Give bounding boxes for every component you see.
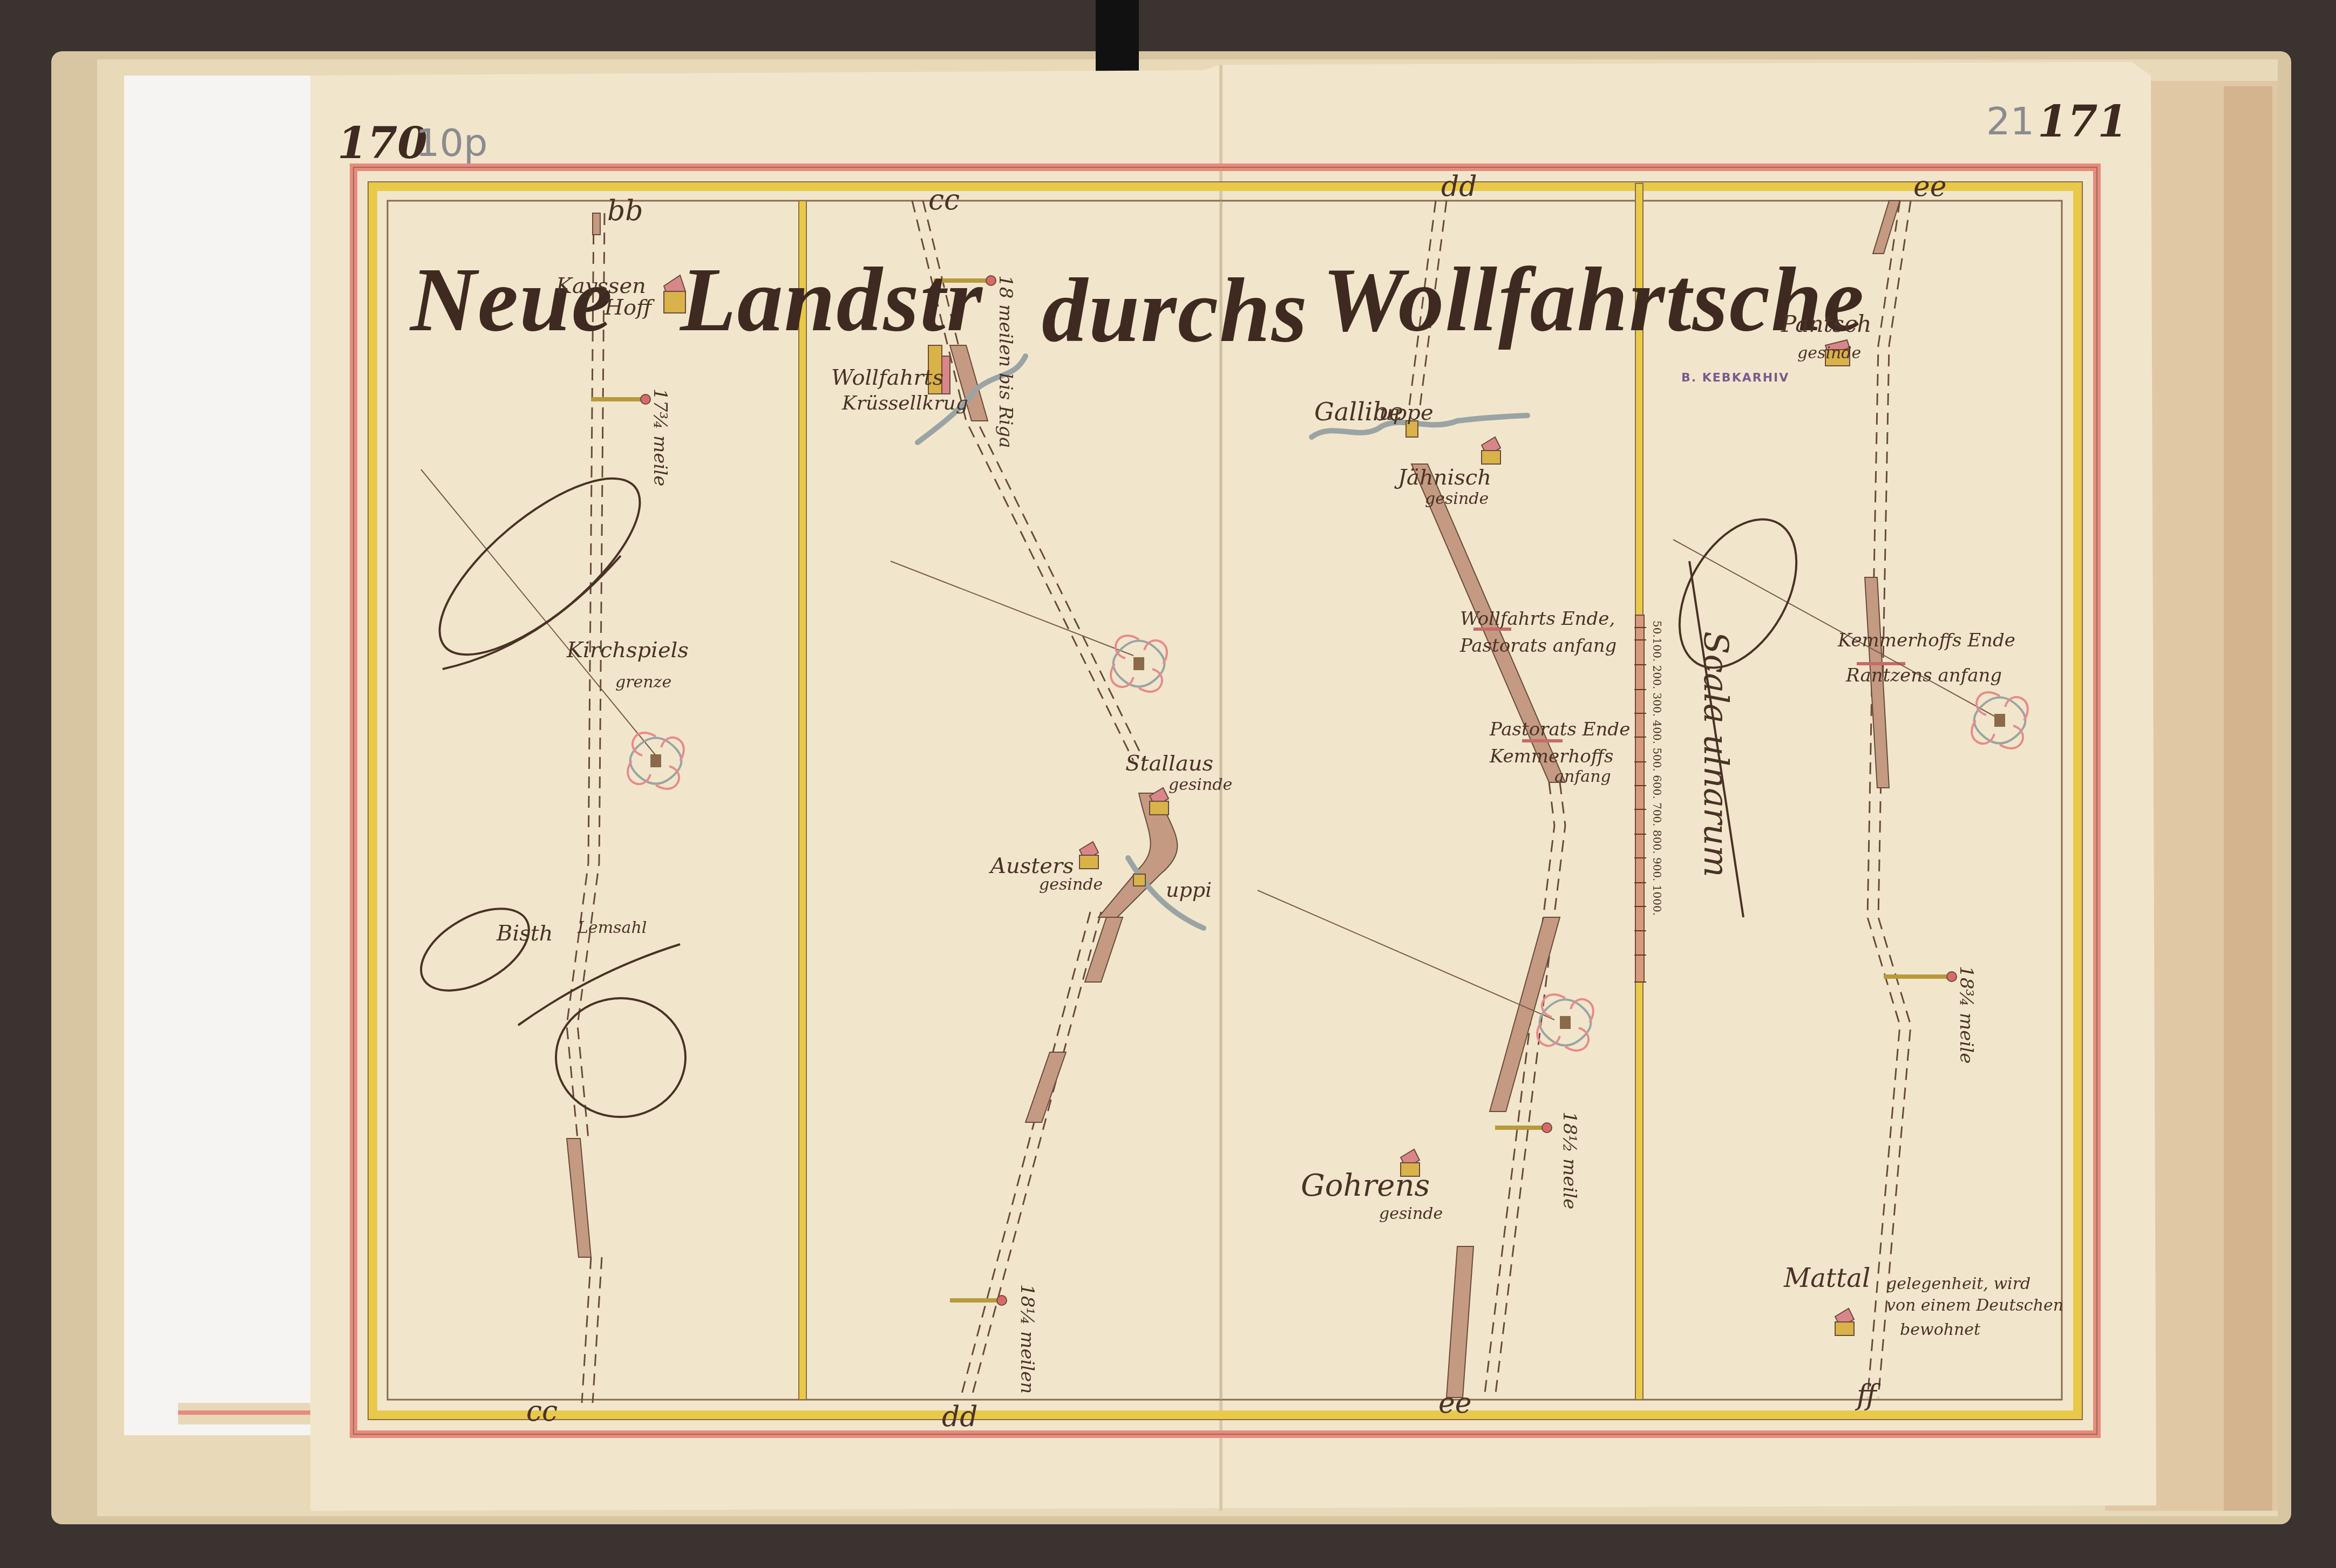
mattal-note-line-3: bewohnet — [1900, 1322, 1980, 1338]
panel1-top-letter: bb — [607, 197, 643, 225]
kemmerhoffs-ende-label: Kemmerhoffs Ende — [1838, 631, 2015, 650]
scale-tick: 300. — [1651, 693, 1663, 717]
austers-sub-label: gesinde — [1039, 877, 1103, 893]
scale-tick: 50.100. — [1651, 621, 1663, 662]
mattal-note-line-2: von einem Deutschen — [1886, 1298, 2063, 1314]
panel2-bottom-letter: dd — [942, 1403, 978, 1431]
panel1-bottom-letter: cc — [526, 1397, 558, 1426]
mattal-note-line-1: gelegenheit, wird — [1886, 1276, 2031, 1292]
mile-marker-18-25: 18¼ meilen — [1018, 1284, 1036, 1394]
uppi-river-label: uppi — [1166, 880, 1212, 900]
kayssen-label: Kayssen — [556, 275, 646, 297]
scale-tick: 900. — [1651, 857, 1663, 882]
scale-ticks: 50.100. 200. 300. 400. 500. 600. 700. 80… — [1652, 621, 1662, 916]
panel2-top-letter: cc — [928, 186, 960, 214]
jaehnisch-sub-label: gesinde — [1425, 491, 1489, 507]
scale-bar — [1634, 615, 1646, 982]
gohrens-label: Gohrens — [1301, 1171, 1430, 1201]
pastorats-ende-label: Pastorats Ende — [1490, 720, 1630, 739]
scale-tick: 200. — [1651, 665, 1663, 690]
kemmerhoffs-label: Kemmerhoffs — [1490, 747, 1613, 766]
mattal-label: Mattal — [1784, 1265, 1870, 1291]
scale-tick: 700. — [1651, 802, 1663, 827]
hoff-label: Hoff — [605, 297, 651, 318]
archive-stamp: B. KEBKARHIV — [1681, 372, 1789, 384]
mile-marker-18: 18 meilen bis Riga — [996, 275, 1015, 448]
right-page-number: 171 — [2038, 100, 2128, 143]
atlas-spread: 170 10p 21 171 Neue Landstr durchs Wollf… — [0, 0, 2336, 1568]
stallaus-sub-label: gesinde — [1169, 777, 1232, 793]
kirchspiel-label: Kirchspiels — [567, 639, 689, 661]
rantzens-anfang-label: Rantzens anfang — [1846, 666, 2002, 685]
jaehnisch-label: Jähnisch — [1398, 467, 1491, 488]
uppe-label: uppe — [1379, 402, 1434, 424]
pantsch-label: Pantsch — [1781, 313, 1871, 336]
title-word-2: Landstr — [680, 254, 983, 345]
mile-marker-17-75: 17¾ meile — [651, 388, 669, 486]
wollfahrts-label: Wollfahrts — [831, 367, 943, 388]
mile-marker-18-5: 18½ meile — [1560, 1112, 1579, 1209]
mile-marker-18-75: 18¾ meile — [1957, 966, 1975, 1063]
scale-tick: 400. — [1651, 720, 1663, 744]
scale-title: Scala ulnarum — [1699, 631, 1733, 877]
scale-tick: 800. — [1651, 830, 1663, 854]
pastorats-anfang-label: Pastorats anfang — [1460, 637, 1617, 655]
panel4-bottom-letter: ff — [1857, 1381, 1877, 1409]
kruessellkrug-label: Krüssellkrug — [842, 394, 968, 413]
left-pencil-folio: 10p — [416, 124, 488, 162]
panel4-top-letter: ee — [1913, 173, 1947, 201]
bisth-label: Bisth — [497, 923, 553, 944]
kirchspiel-grenze-label: grenze — [615, 674, 671, 691]
right-pencil-folio: 21 — [1986, 103, 2034, 140]
title-word-3: durchs — [1042, 264, 1308, 356]
panel3-top-letter: dd — [1441, 173, 1477, 201]
panel3-bottom-letter: ee — [1438, 1389, 1472, 1417]
wollfahrts-ende-label: Wollfahrts Ende, — [1460, 610, 1615, 628]
stallaus-label: Stallaus — [1125, 753, 1213, 774]
austers-label: Austers — [990, 855, 1074, 877]
left-page-number: 170 — [337, 121, 427, 165]
kemmerhoffs-anfang-label: anfang — [1554, 769, 1611, 785]
title-word-1: Neue — [410, 254, 613, 345]
gohrens-sub-label: gesinde — [1379, 1206, 1443, 1222]
lemsahl-label: Lemsahl — [578, 920, 647, 936]
scale-tick: 1000. — [1651, 885, 1663, 916]
pantsch-sub-label: gesinde — [1797, 345, 1861, 362]
book-graphics — [0, 0, 2336, 1568]
scale-tick: 600. — [1651, 775, 1663, 799]
scale-tick: 500. — [1651, 747, 1663, 772]
